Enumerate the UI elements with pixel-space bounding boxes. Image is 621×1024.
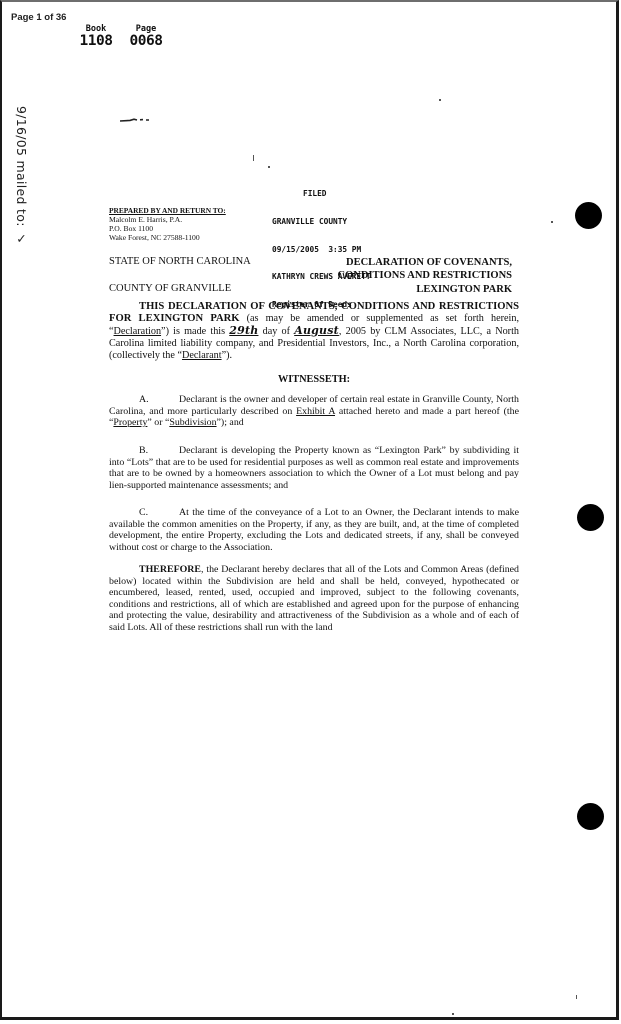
recital-b-letter: B. — [139, 445, 179, 457]
declarant-term: Declarant — [182, 350, 222, 361]
scan-speck — [439, 99, 441, 101]
document-title-line-2: CONDITIONS AND RESTRICTIONS — [338, 269, 512, 282]
filed-stamp-title: FILED — [272, 189, 371, 198]
scan-speck — [551, 221, 553, 223]
pen-mark-icon — [120, 118, 154, 122]
recital-a-letter: A. — [139, 394, 179, 406]
document-page: Page 1 of 36 Book 1108 Page 0068 9/16/05… — [0, 0, 619, 1020]
filed-stamp-county: GRANVILLE COUNTY — [272, 217, 371, 226]
recital-a: A.Declarant is the owner and developer o… — [109, 394, 519, 429]
scan-speck — [452, 1013, 454, 1015]
witnesseth-heading: WITNESSETH: — [109, 374, 519, 385]
punch-hole-icon — [575, 202, 602, 229]
property-term: Property — [113, 417, 147, 428]
handwritten-day: 29th — [229, 324, 258, 337]
page-counter: Page 1 of 36 — [11, 12, 66, 23]
recital-b: B.Declarant is developing the Property k… — [109, 445, 519, 491]
therefore-lead: THEREFORE — [139, 564, 201, 575]
handwritten-margin-note: 9/16/05 mailed to: ✓ — [5, 106, 29, 234]
page-number: 0068 — [127, 34, 165, 49]
recital-c: C.At the time of the conveyance of a Lot… — [109, 507, 519, 553]
document-title: DECLARATION OF COVENANTS, CONDITIONS AND… — [338, 256, 512, 296]
book-number-block: Book 1108 — [78, 25, 114, 49]
prepared-by-block: PREPARED BY AND RETURN TO: Malcolm E. Ha… — [109, 207, 226, 243]
therefore-paragraph: THEREFORE, the Declarant hereby declares… — [109, 564, 519, 634]
punch-hole-icon — [577, 504, 604, 531]
handwritten-month: August — [294, 324, 339, 337]
scan-speck — [253, 155, 254, 161]
scan-speck — [268, 166, 270, 168]
punch-hole-icon — [577, 803, 604, 830]
page-number-block: Page 0068 — [127, 25, 165, 49]
filed-stamp-datetime: 09/15/2005 3:35 PM — [272, 245, 371, 254]
book-number: 1108 — [78, 34, 114, 49]
declaration-term: Declaration — [114, 326, 162, 337]
recital-c-letter: C. — [139, 507, 179, 519]
intro-paragraph: THIS DECLARATION OF COVENANTS, CONDITION… — [109, 301, 519, 362]
document-title-line-1: DECLARATION OF COVENANTS, — [338, 256, 512, 269]
subdivision-term: Subdivision — [169, 417, 216, 428]
prepared-by-address-2: Wake Forest, NC 27588-1100 — [109, 234, 226, 243]
exhibit-a-reference: Exhibit A — [296, 406, 335, 417]
document-title-line-3: LEXINGTON PARK — [338, 283, 512, 296]
scan-speck — [576, 995, 577, 999]
